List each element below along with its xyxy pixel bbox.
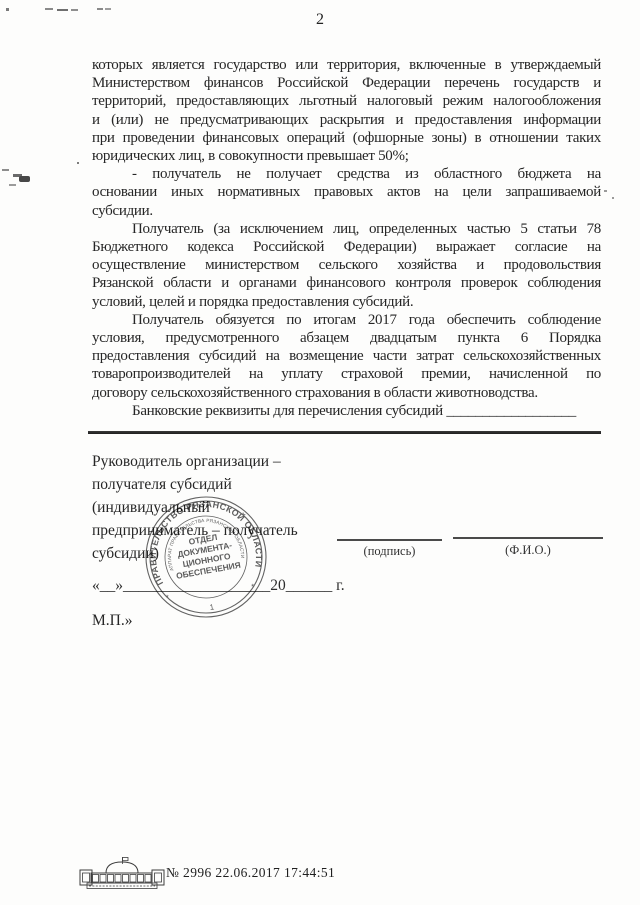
body-line: юридических лиц, в совокупности превышае…: [92, 147, 601, 165]
seal-place-mark: М.П.»: [92, 612, 132, 630]
body-line: осуществление министерством сельского хо…: [92, 256, 601, 274]
body-line: Рязанской области и органами финансового…: [92, 274, 601, 292]
body-text: которых является государство или террито…: [92, 56, 601, 420]
body-line: при проведении финансовых операций (офшо…: [92, 129, 601, 147]
signature-label: (подпись): [337, 544, 442, 559]
fio-label: (Ф.И.О.): [453, 543, 603, 558]
body-line: основании иных нормативных правовых акто…: [92, 183, 601, 201]
fio-blank-line: [453, 537, 603, 539]
scan-artifact: [97, 8, 103, 10]
body-line: Получатель (за исключением лиц, определе…: [92, 220, 601, 238]
page-number: 2: [0, 11, 640, 29]
scan-artifact: [77, 162, 79, 164]
body-line: Банковские реквизиты для перечисления су…: [92, 402, 601, 420]
body-line: условий, целей и порядка предоставления …: [92, 293, 601, 311]
scan-artifact: [105, 8, 111, 10]
body-line: товаропроизводителей на уплату страховой…: [92, 365, 601, 383]
body-line: которых является государство или террито…: [92, 56, 601, 74]
body-line: - получатель не получает средства из обл…: [92, 165, 601, 183]
signatory-title-line: получателя субсидий: [92, 473, 352, 496]
government-building-stamp-icon: [78, 856, 166, 890]
stamp-asterisk: *: [251, 582, 256, 591]
body-line: предоставления субсидий на возмещение ча…: [92, 347, 601, 365]
body-line: субсидии.: [92, 202, 601, 220]
scan-artifact: [612, 197, 614, 199]
body-line: договору сельскохозяйственного страхован…: [92, 384, 601, 402]
body-line: условия, предусмотренного абзацем двадца…: [92, 329, 601, 347]
body-line: территорий, предоставляющих льготный нал…: [92, 92, 601, 110]
body-line: Получатель обязуется по итогам 2017 года…: [92, 311, 601, 329]
body-line: Бюджетного кодекса Российской Федерации)…: [92, 238, 601, 256]
stamp-number-mark: 1: [209, 602, 215, 612]
round-office-stamp-icon: ПРАВИТЕЛЬСТВО РЯЗАНСКОЙ ОБЛАСТИ АППАРАТ …: [143, 494, 269, 620]
signatory-title-line: Руководитель организации –: [92, 450, 352, 473]
scan-artifact: [604, 190, 607, 192]
scan-artifact: [19, 176, 30, 182]
scan-artifact: [9, 184, 16, 186]
stamp-asterisk: *: [165, 593, 170, 602]
scan-artifact: [2, 169, 9, 171]
separator-line: [88, 431, 601, 434]
registration-number: № 2996 22.06.2017 17:44:51: [166, 865, 335, 881]
scan-artifact: [45, 8, 53, 10]
body-line: и (или) не предусматривающих раскрытия и…: [92, 111, 601, 129]
document-page: 2 которых является государство или терри…: [0, 0, 640, 905]
body-line: Министерством финансов Российской Федера…: [92, 74, 601, 92]
signature-blank-line: [337, 539, 442, 541]
